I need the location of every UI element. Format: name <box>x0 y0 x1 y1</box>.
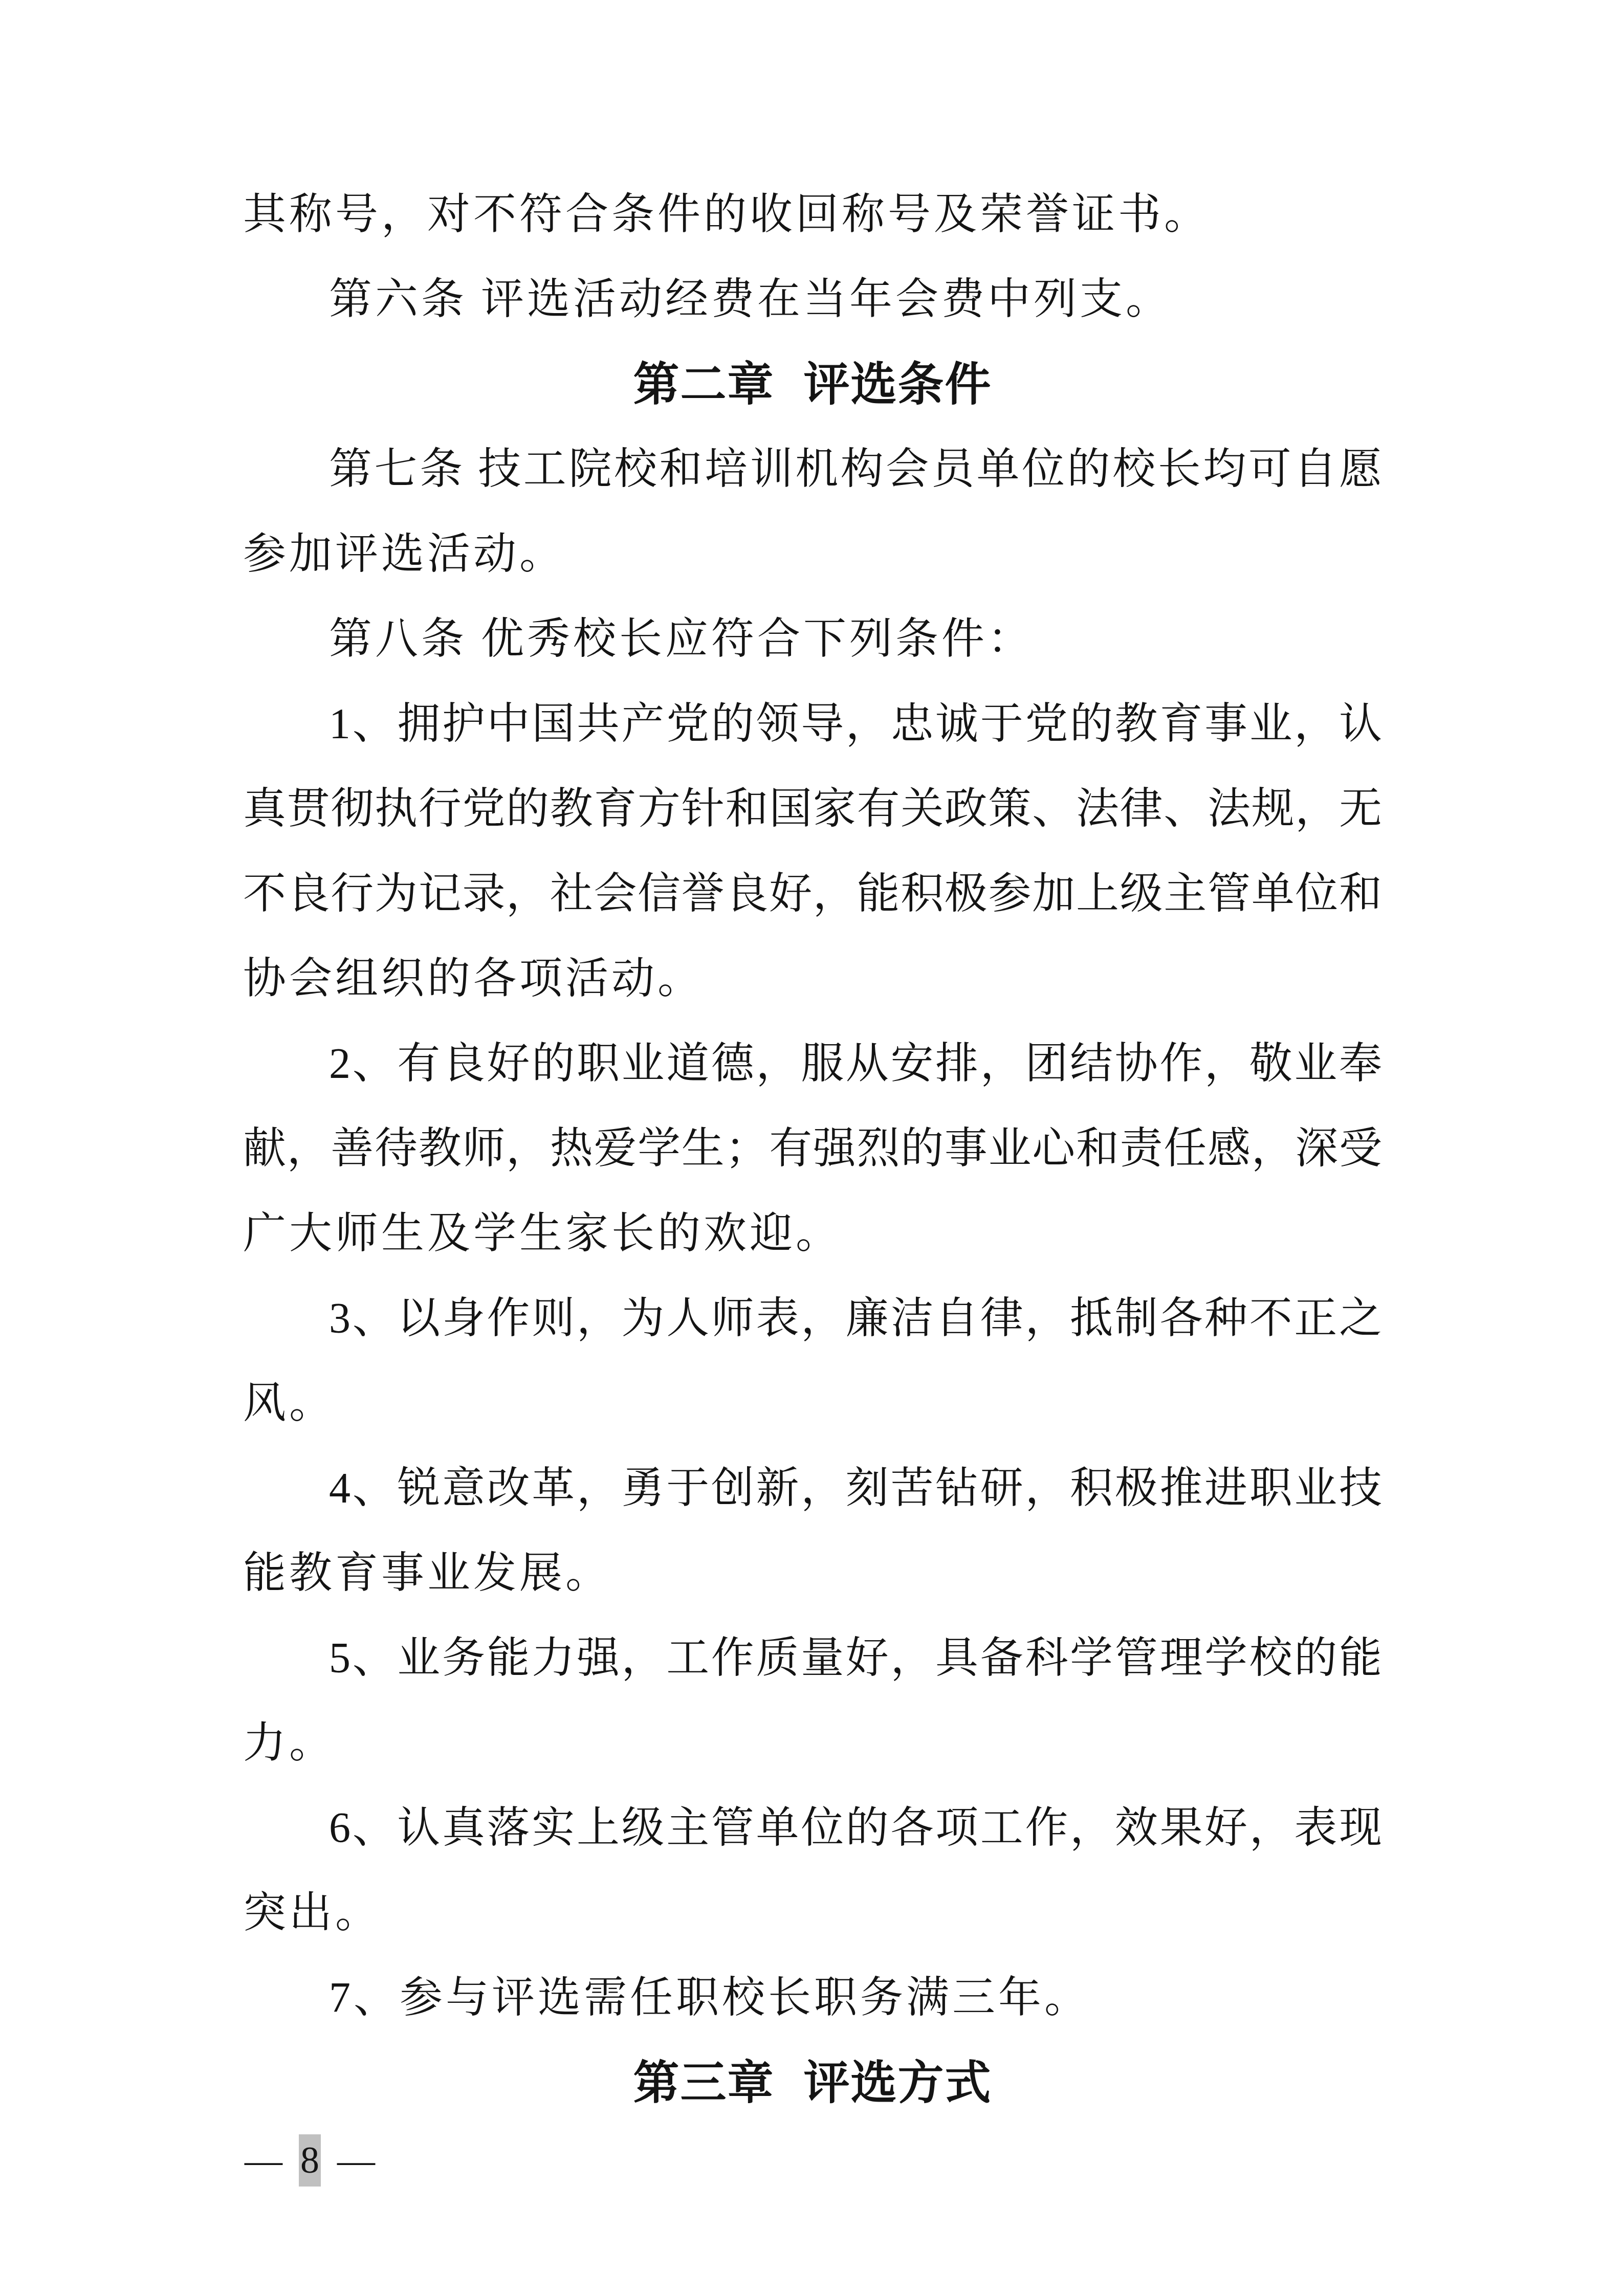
page-number-value: 8 <box>299 2134 321 2187</box>
text-line: 第六条 评选活动经费在当年会费中列支。 <box>243 257 1382 342</box>
text-line: 广大师生及学生家长的欢迎。 <box>243 1191 1382 1276</box>
page-number-dash-right: — <box>337 2139 375 2181</box>
text-line: 第七条 技工院校和培训机构会员单位的校长均可自愿 <box>243 427 1382 512</box>
text-line: 不良行为记录，社会信誉良好，能积极参加上级主管单位和 <box>243 852 1382 937</box>
text-line: 协会组织的各项活动。 <box>243 937 1382 1022</box>
text-line: 1、拥护中国共产党的领导，忠诚于党的教育事业，认 <box>243 682 1382 767</box>
text-line: 4、锐意改革，勇于创新，刻苦钻研，积极推进职业技 <box>243 1446 1382 1531</box>
text-line: 7、参与评选需任职校长职务满三年。 <box>243 1956 1382 2041</box>
chapter-heading: 第二章 评选条件 <box>243 342 1382 427</box>
text-line: 力。 <box>243 1701 1382 1786</box>
text-line: 参加评选活动。 <box>243 512 1382 597</box>
text-line: 第八条 优秀校长应符合下列条件： <box>243 597 1382 682</box>
text-line: 6、认真落实上级主管单位的各项工作，效果好，表现 <box>243 1786 1382 1871</box>
chapter-heading: 第三章 评选方式 <box>243 2041 1382 2126</box>
text-line: 能教育事业发展。 <box>243 1531 1382 1616</box>
text-line: 3、以身作则，为人师表，廉洁自律，抵制各种不正之 <box>243 1276 1382 1361</box>
text-line: 真贯彻执行党的教育方针和国家有关政策、法律、法规，无 <box>243 767 1382 852</box>
text-line: 突出。 <box>243 1871 1382 1956</box>
document-page: 其称号，对不符合条件的收回称号及荣誉证书。 第六条 评选活动经费在当年会费中列支… <box>0 0 1623 2296</box>
document-body: 其称号，对不符合条件的收回称号及荣誉证书。 第六条 评选活动经费在当年会费中列支… <box>243 172 1382 2126</box>
text-line: 风。 <box>243 1361 1382 1446</box>
text-line: 2、有良好的职业道德，服从安排，团结协作，敬业奉 <box>243 1022 1382 1107</box>
page-number-dash-left: — <box>245 2139 282 2181</box>
text-line: 献，善待教师，热爱学生；有强烈的事业心和责任感，深受 <box>243 1107 1382 1191</box>
text-line: 其称号，对不符合条件的收回称号及荣誉证书。 <box>243 172 1382 257</box>
page-number: —8— <box>245 2132 375 2189</box>
text-line: 5、业务能力强，工作质量好，具备科学管理学校的能 <box>243 1616 1382 1701</box>
